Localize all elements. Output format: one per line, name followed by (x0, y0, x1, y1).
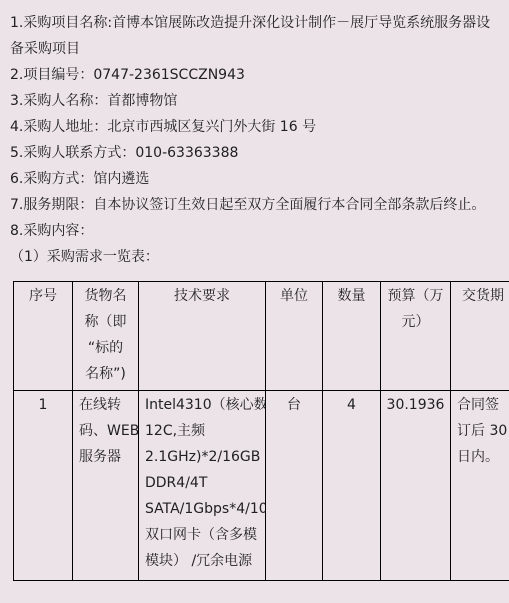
cell-text: 码、WEB (75, 418, 136, 444)
header-label: 元） (383, 309, 448, 335)
header-label: 序号 (16, 283, 70, 309)
cell-budget: 30.1936 (381, 391, 451, 581)
header-label: 名称”) (75, 361, 136, 387)
header-label: 交货期 (453, 283, 509, 309)
header-label: 货物名 (75, 283, 136, 309)
paragraph-procurement-content: 8.采购内容： (10, 218, 505, 244)
cell-text: 在线转 (75, 392, 136, 418)
paragraph-line: 7.服务期限：自本协议签订生效日起至双方全面履行本合同全部条款后终止。 (10, 192, 505, 218)
cell-text: 订后 30 (453, 418, 509, 444)
cell-text: DDR4/4T (141, 470, 263, 496)
paragraph-purchaser-name: 3.采购人名称：首都博物馆 (10, 88, 505, 114)
paragraph-requirements-list-title: （1）采购需求一览表： (10, 244, 505, 270)
header-cell-delivery-period: 交货期 (451, 282, 509, 391)
header-cell-goods-name: 货物名 称（即 “标的 名称”) (73, 282, 139, 391)
cell-serial-number: 1 (14, 391, 73, 581)
paragraph-line: 2.项目编号：0747-2361SCCZN943 (10, 62, 505, 88)
cell-text: 合同签 (453, 392, 509, 418)
table-header-row: 序号 货物名 称（即 “标的 名称”) 技术要求 单位 数量 (14, 282, 509, 391)
cell-text: 台 (268, 392, 320, 418)
cell-text: SATA/1Gbps*4/10G (141, 496, 263, 522)
paragraph-project-number: 2.项目编号：0747-2361SCCZN943 (10, 62, 505, 88)
cell-text: 双口网卡（含多模 (141, 522, 263, 548)
paragraph-service-period: 7.服务期限：自本协议签订生效日起至双方全面履行本合同全部条款后终止。 (10, 192, 505, 218)
cell-text: 30.1936 (383, 392, 448, 418)
cell-text: 日内。 (453, 444, 509, 470)
cell-quantity: 4 (323, 391, 381, 581)
cell-goods-name: 在线转 码、WEB 服务器 (73, 391, 139, 581)
cell-text: 1 (16, 392, 70, 418)
paragraph-project-name: 1.采购项目名称:首博本馆展陈改造提升深化设计制作－展厅导览系统服务器设 备采购… (10, 10, 505, 62)
header-cell-technical-requirements: 技术要求 (139, 282, 266, 391)
header-label: 单位 (268, 283, 320, 309)
cell-text: 12C,主频 (141, 418, 263, 444)
cell-technical-requirements: Intel4310（核心数 12C,主频 2.1GHz)*2/16GB DDR4… (139, 391, 266, 581)
table-row: 1 在线转 码、WEB 服务器 Intel4310（核心数 12C,主频 2.1… (14, 391, 509, 581)
paragraph-line: 8.采购内容： (10, 218, 505, 244)
cell-text: 2.1GHz)*2/16GB (141, 444, 263, 470)
paragraph-line: 1.采购项目名称:首博本馆展陈改造提升深化设计制作－展厅导览系统服务器设 (10, 10, 505, 36)
header-label: 数量 (325, 283, 378, 309)
paragraph-line: 3.采购人名称：首都博物馆 (10, 88, 505, 114)
paragraph-line: （1）采购需求一览表： (10, 244, 505, 270)
header-cell-budget: 预算（万 元） (381, 282, 451, 391)
header-cell-unit: 单位 (266, 282, 323, 391)
cell-unit: 台 (266, 391, 323, 581)
header-label: 预算（万 (383, 283, 448, 309)
procurement-requirements-table: 序号 货物名 称（即 “标的 名称”) 技术要求 单位 数量 (13, 281, 509, 581)
header-label: “标的 (75, 335, 136, 361)
document-page: 1.采购项目名称:首博本馆展陈改造提升深化设计制作－展厅导览系统服务器设 备采购… (0, 0, 509, 581)
header-cell-quantity: 数量 (323, 282, 381, 391)
cell-text: Intel4310（核心数 (141, 392, 263, 418)
paragraph-line: 6.采购方式：馆内遴选 (10, 166, 505, 192)
cell-text: 服务器 (75, 444, 136, 470)
header-label: 技术要求 (141, 283, 263, 309)
cell-text: 4 (325, 392, 378, 418)
paragraph-line: 5.采购人联系方式：010-63363388 (10, 140, 505, 166)
cell-delivery-period: 合同签 订后 30 日内。 (451, 391, 509, 581)
paragraph-line: 备采购项目 (10, 36, 505, 62)
paragraph-line: 4.采购人地址：北京市西城区复兴门外大街 16 号 (10, 114, 505, 140)
paragraph-procurement-method: 6.采购方式：馆内遴选 (10, 166, 505, 192)
cell-text: 模块） /冗余电源 (141, 548, 263, 574)
header-cell-serial-number: 序号 (14, 282, 73, 391)
header-label: 称（即 (75, 309, 136, 335)
paragraph-purchaser-address: 4.采购人地址：北京市西城区复兴门外大街 16 号 (10, 114, 505, 140)
paragraph-purchaser-contact: 5.采购人联系方式：010-63363388 (10, 140, 505, 166)
